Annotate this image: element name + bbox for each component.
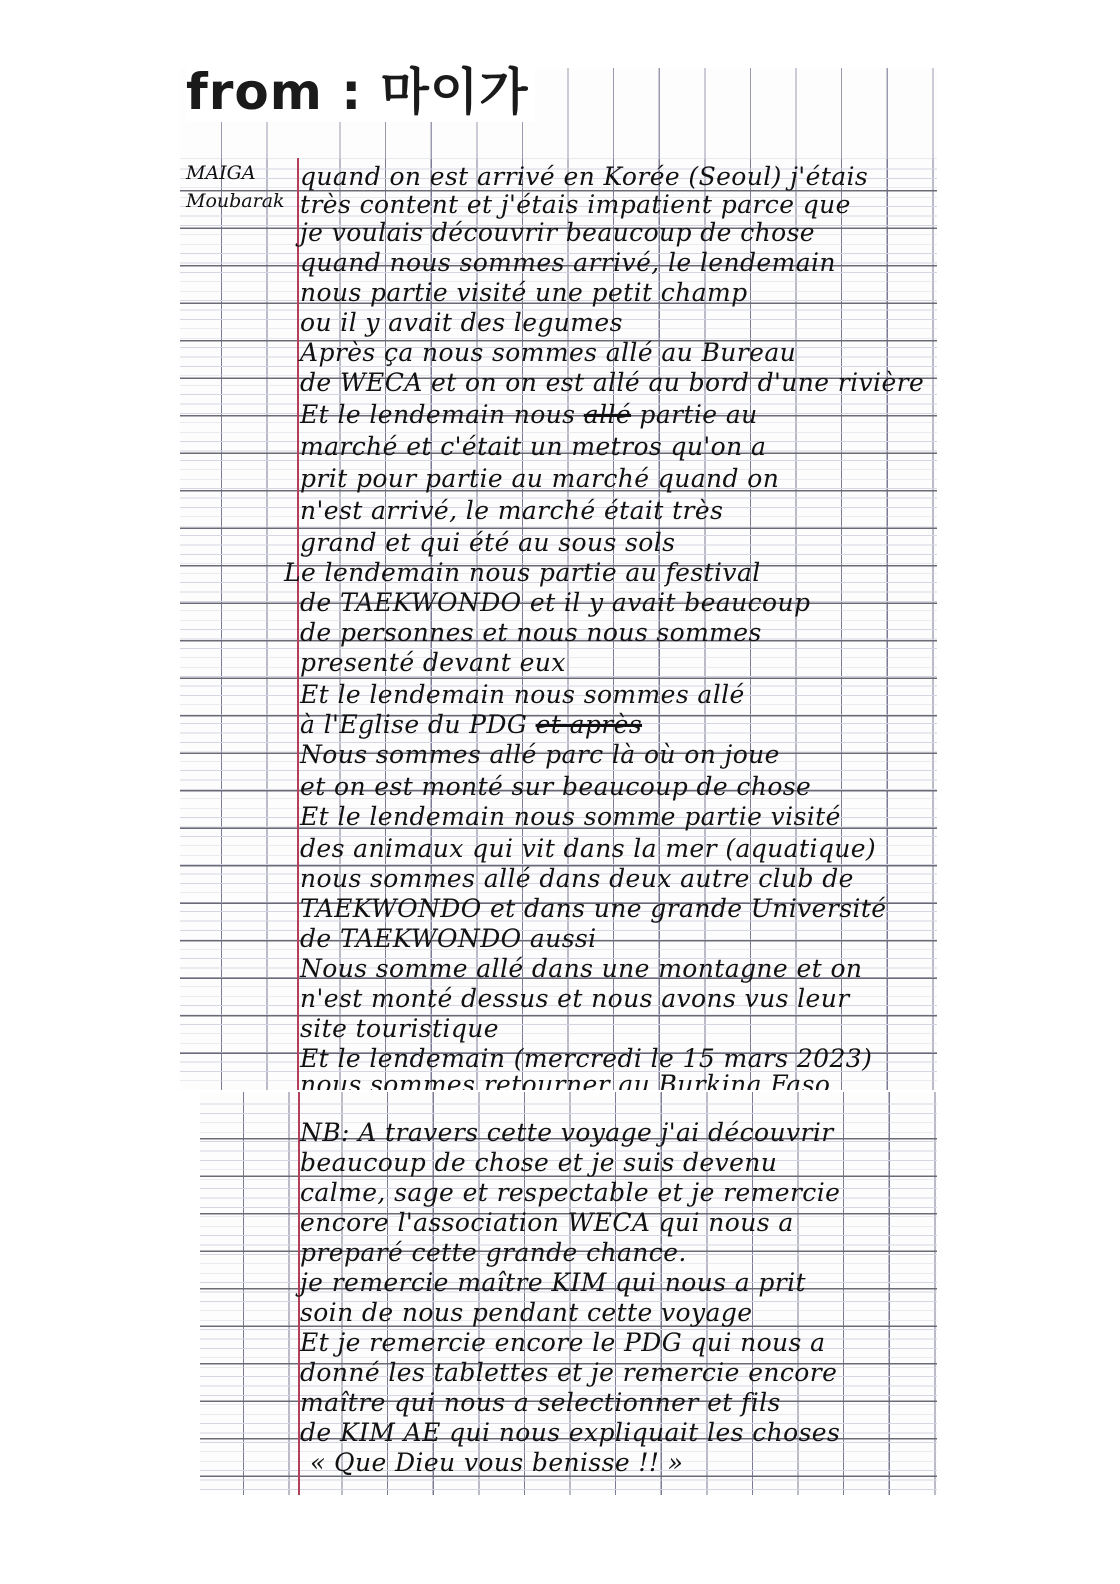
page-title: from : 마이가 (186, 62, 535, 122)
closing-blessing: « Que Dieu vous benisse !! » (310, 1444, 683, 1482)
struck-out-word: allé (584, 400, 631, 429)
struck-out-word: et après (536, 710, 642, 739)
letter-nb-section: NB: A travers cette voyage j'ai découvri… (200, 1092, 937, 1495)
notebook-sheet-upper: MAIGA Moubarak quand on est arrivé en Ko… (180, 68, 937, 1090)
notebook-sheet-lower: NB: A travers cette voyage j'ai découvri… (200, 1092, 937, 1495)
letter-body: quand on est arrivé en Korée (Seoul) j'é… (180, 68, 937, 1090)
body-line: nous sommes retourner au Burkina Faso (300, 1066, 830, 1090)
